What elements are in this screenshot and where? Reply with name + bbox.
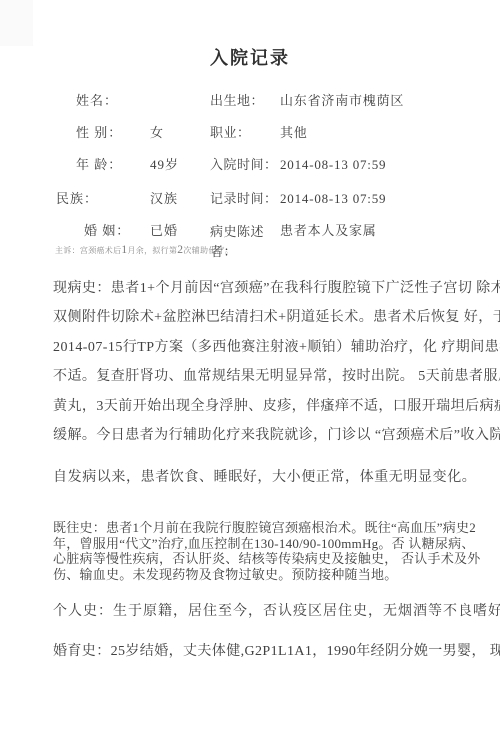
past-history-line: 心脏病等慢性疾病，否认肝炎、结核等传染病史及接触史， 否认手术及外 [53,551,453,567]
admission-time-value: 2014-08-13 07:59 [280,156,386,173]
chief-complaint-text: 主诉：宫颈癌术后 [55,246,121,255]
record-time-label: 记录时间： [210,190,280,207]
document-title: 入院记录 [0,44,500,70]
ethnicity-label: 民族： [56,190,98,207]
age-value: 49岁 [150,156,179,173]
present-illness-line: 缓解。今日患者为行辅助化疗来我院就诊，门诊以 “宫颈癌术后”收入院。 [53,421,453,450]
present-illness-paragraph: 现病史：患者1+个月前因“宫颈癌”在我科行腹腔镜下广泛性子宫切 除术+ 双侧附件… [53,274,453,450]
age-label: 年 龄： [76,156,122,173]
chief-complaint-text: 次辅助化疗。 [183,246,233,255]
scan-artifact [0,0,33,46]
chief-complaint-text: 月余，拟行第 [127,246,177,255]
past-history-line: 伤、输血史。未发现药物及食物过敏史。预防接种随当地。 [53,567,453,583]
course-note-paragraph: 自发病以来，患者饮食、睡眠好，大小便正常，体重无明显变化。 [53,468,453,488]
birthplace-value: 山东省济南市槐荫区 [280,92,404,109]
marital-history-paragraph: 婚育史：25岁结婚，丈夫体健,G2P1L1A1，1990年经阴分娩一男婴， 现生… [53,642,453,662]
occupation-label: 职业： [210,124,280,141]
admission-time-label: 入院时间： [210,156,280,173]
present-illness-line: 黄丸，3天前开始出现全身浮肿、皮疹，伴瘙痒不适，口服开瑞坦后病症略 [53,392,453,421]
present-illness-line: 不适。复查肝肾功、血常规结果无明显异常，按时出院。 5天前患者服用西 [53,362,453,391]
marriage-value: 已婚 [150,222,178,239]
name-label: 姓名： [76,92,118,109]
admission-record-document: 入院记录 姓名： 出生地： 山东省济南市槐荫区 性 别： 女 职业： 其他 年 … [0,0,500,736]
present-illness-line: 2014-07-15行TP方案（多西他赛注射液+顺铂）辅助治疗，化 疗期间患者无 [53,333,453,362]
present-illness-line: 双侧附件切除术+盆腔淋巴结清扫术+阴道延长术。患者术后恢复 好，于 [53,303,453,332]
personal-history-paragraph: 个人史：生于原籍，居住至今，否认疫区居住史，无烟酒等不良嗜好 史。 [53,602,453,622]
gender-value: 女 [150,124,164,141]
chief-complaint-note: 主诉：宫颈癌术后1月余，拟行第2次辅助化疗。 [55,244,233,256]
record-time-value: 2014-08-13 07:59 [280,190,386,207]
ethnicity-value: 汉族 [150,190,178,207]
marriage-label: 婚 姻： [84,222,130,239]
gender-label: 性 别： [76,124,122,141]
occupation-value: 其他 [280,124,308,141]
past-history-line: 既往史：患者1个月前在我院行腹腔镜宫颈癌根治术。既往“高血压”病史2 [53,520,453,536]
birthplace-label: 出生地： [210,92,280,109]
past-history-paragraph: 既往史：患者1个月前在我院行腹腔镜宫颈癌根治术。既往“高血压”病史2 年，曾服用… [53,520,453,582]
history-narrator-value: 患者本人及家属 [280,222,377,239]
present-illness-line: 现病史：患者1+个月前因“宫颈癌”在我科行腹腔镜下广泛性子宫切 除术+ [53,274,453,303]
past-history-line: 年，曾服用“代文”治疗,血压控制在130-140/90-100mmHg。否 认糖… [53,536,453,552]
